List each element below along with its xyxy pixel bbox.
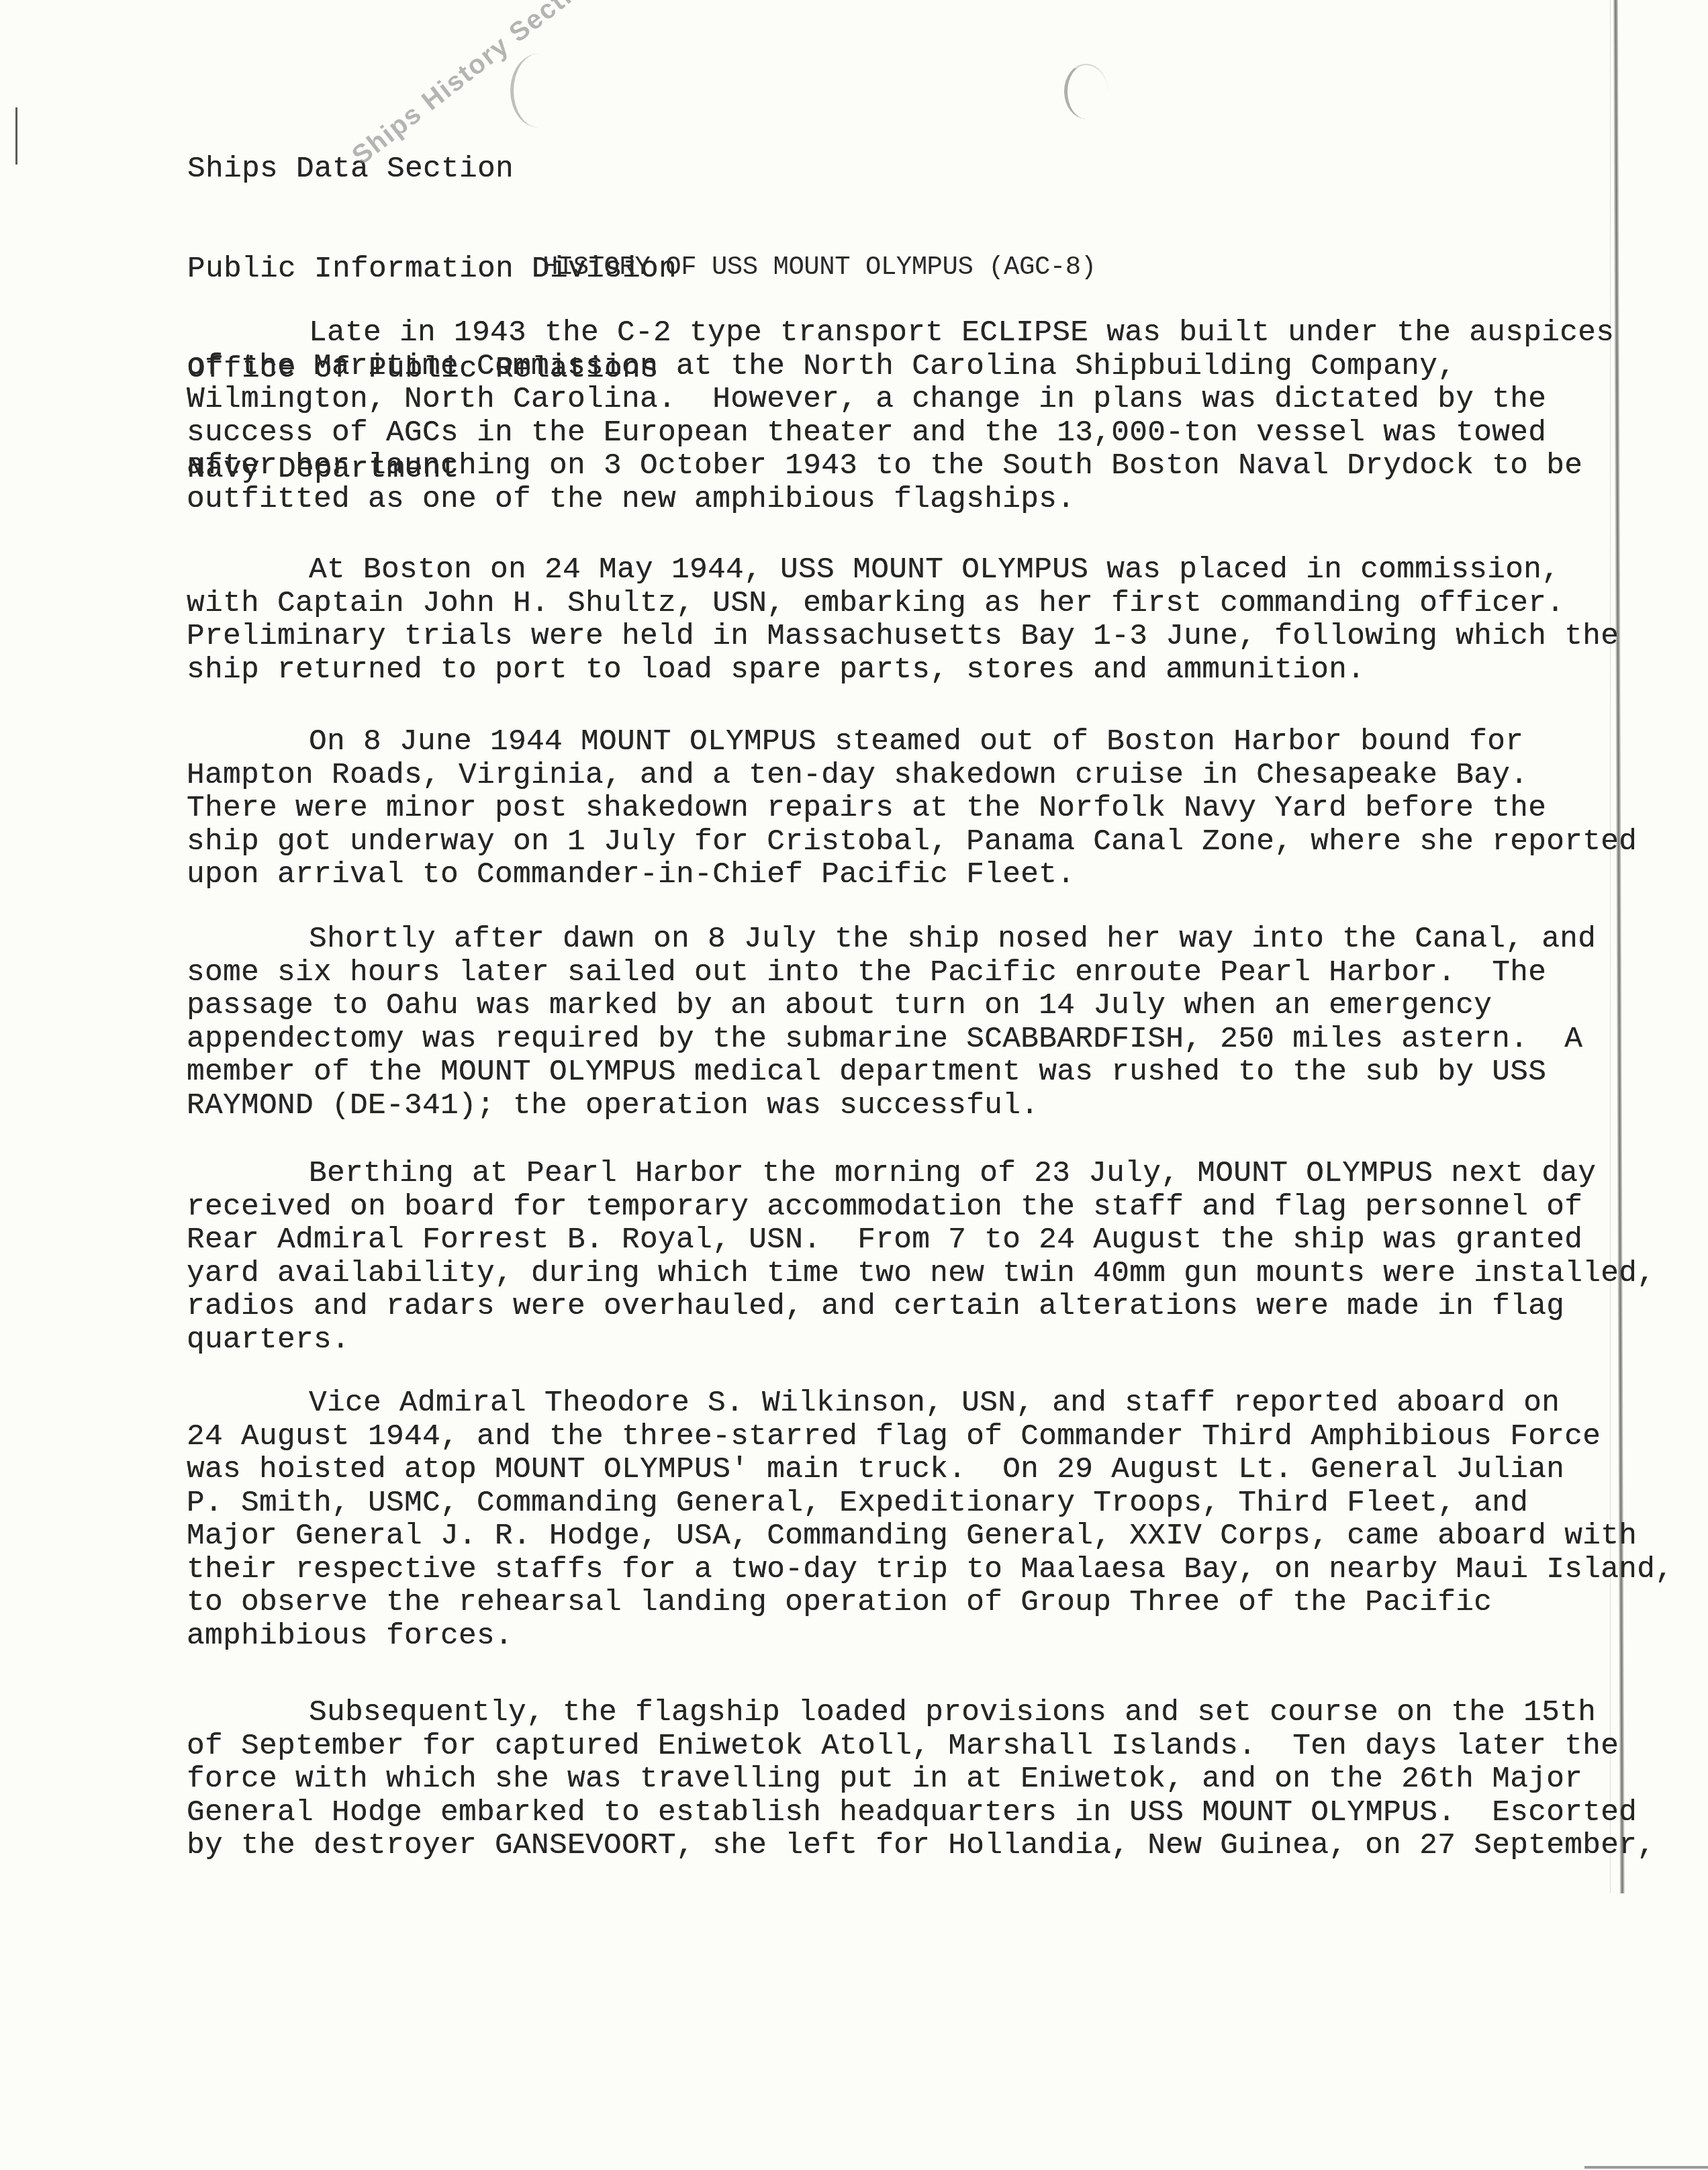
text-line: ship got underway on 1 July for Cristoba… [187,826,1637,859]
text-line: quarters. [187,1324,1655,1358]
text-line: some six hours later sailed out into the… [187,957,1596,990]
text-line: Wilmington, North Carolina. However, a c… [187,383,1614,417]
text-line: Vice Admiral Theodore S. Wilkinson, USN,… [187,1387,1673,1421]
text-line: by the destroyer GANSEVOORT, she left fo… [187,1830,1655,1863]
text-line: 24 August 1944, and the three-starred fl… [187,1421,1673,1454]
text-line: passage to Oahu was marked by an about t… [187,990,1596,1023]
paragraph: Subsequently, the flagship loaded provis… [187,1697,1655,1863]
paragraph: Late in 1943 the C-2 type transport ECLI… [187,317,1614,516]
text-line: At Boston on 24 May 1944, USS MOUNT OLYM… [187,554,1619,587]
text-line: their respective staffs for a two-day tr… [187,1554,1673,1587]
text-line: of the Maritime Commission at the North … [187,350,1614,384]
text-line: success of AGCs in the European theater … [187,417,1614,451]
text-line: Shortly after dawn on 8 July the ship no… [187,923,1596,957]
paragraph: Vice Admiral Theodore S. Wilkinson, USN,… [187,1387,1673,1653]
text-line: member of the MOUNT OLYMPUS medical depa… [187,1056,1596,1090]
text-line: There were minor post shakedown repairs … [187,792,1637,826]
text-line: On 8 June 1944 MOUNT OLYMPUS steamed out… [187,726,1637,759]
text-line: RAYMOND (DE-341); the operation was succ… [187,1090,1596,1123]
text-line: upon arrival to Commander-in-Chief Pacif… [187,859,1637,892]
document-title: HISTORY OF USS MOUNT OLYMPUS (AGC-8) [542,252,1096,282]
paragraph: Shortly after dawn on 8 July the ship no… [187,923,1596,1123]
text-line: with Captain John H. Shultz, USN, embark… [187,587,1619,621]
text-line: General Hodge embarked to establish head… [187,1797,1655,1830]
text-line: P. Smith, USMC, Commanding General, Expe… [187,1487,1673,1521]
text-line: appendectomy was required by the submari… [187,1023,1596,1057]
text-line: Rear Admiral Forrest B. Royal, USN. From… [187,1224,1655,1258]
text-line: Berthing at Pearl Harbor the morning of … [187,1158,1655,1191]
text-line: to observe the rehearsal landing operati… [187,1587,1673,1620]
stamp-mark-secondary [1064,64,1108,119]
scan-edge-mark [15,107,17,164]
page-bottom-edge [1584,2166,1708,2169]
text-line: ship returned to port to load spare part… [187,654,1619,688]
text-line: radios and radars were overhauled, and c… [187,1290,1655,1324]
paragraph: At Boston on 24 May 1944, USS MOUNT OLYM… [187,554,1619,687]
text-line: Preliminary trials were held in Massachu… [187,620,1619,654]
text-line: after her launching on 3 October 1943 to… [187,450,1614,483]
text-line: outfitted as one of the new amphibious f… [187,483,1614,517]
text-line: received on board for temporary accommod… [187,1191,1655,1225]
text-line: Hampton Roads, Virginia, and a ten-day s… [187,759,1637,793]
text-line: of September for captured Eniwetok Atoll… [187,1730,1655,1764]
text-line: force with which she was travelling put … [187,1763,1655,1797]
paragraph: On 8 June 1944 MOUNT OLYMPUS steamed out… [187,726,1637,892]
document-page: Ships Data Section Public Information Di… [0,0,1708,2170]
text-line: Major General J. R. Hodge, USA, Commandi… [187,1520,1673,1554]
text-line: Subsequently, the flagship loaded provis… [187,1697,1655,1730]
header-line: Ships Data Section [187,152,677,186]
text-line: was hoisted atop MOUNT OLYMPUS' main tru… [187,1454,1673,1487]
text-line: amphibious forces. [187,1620,1673,1654]
paragraph: Berthing at Pearl Harbor the morning of … [187,1158,1655,1357]
text-line: Late in 1943 the C-2 type transport ECLI… [187,317,1614,350]
text-line: yard availability, during which time two… [187,1258,1655,1291]
